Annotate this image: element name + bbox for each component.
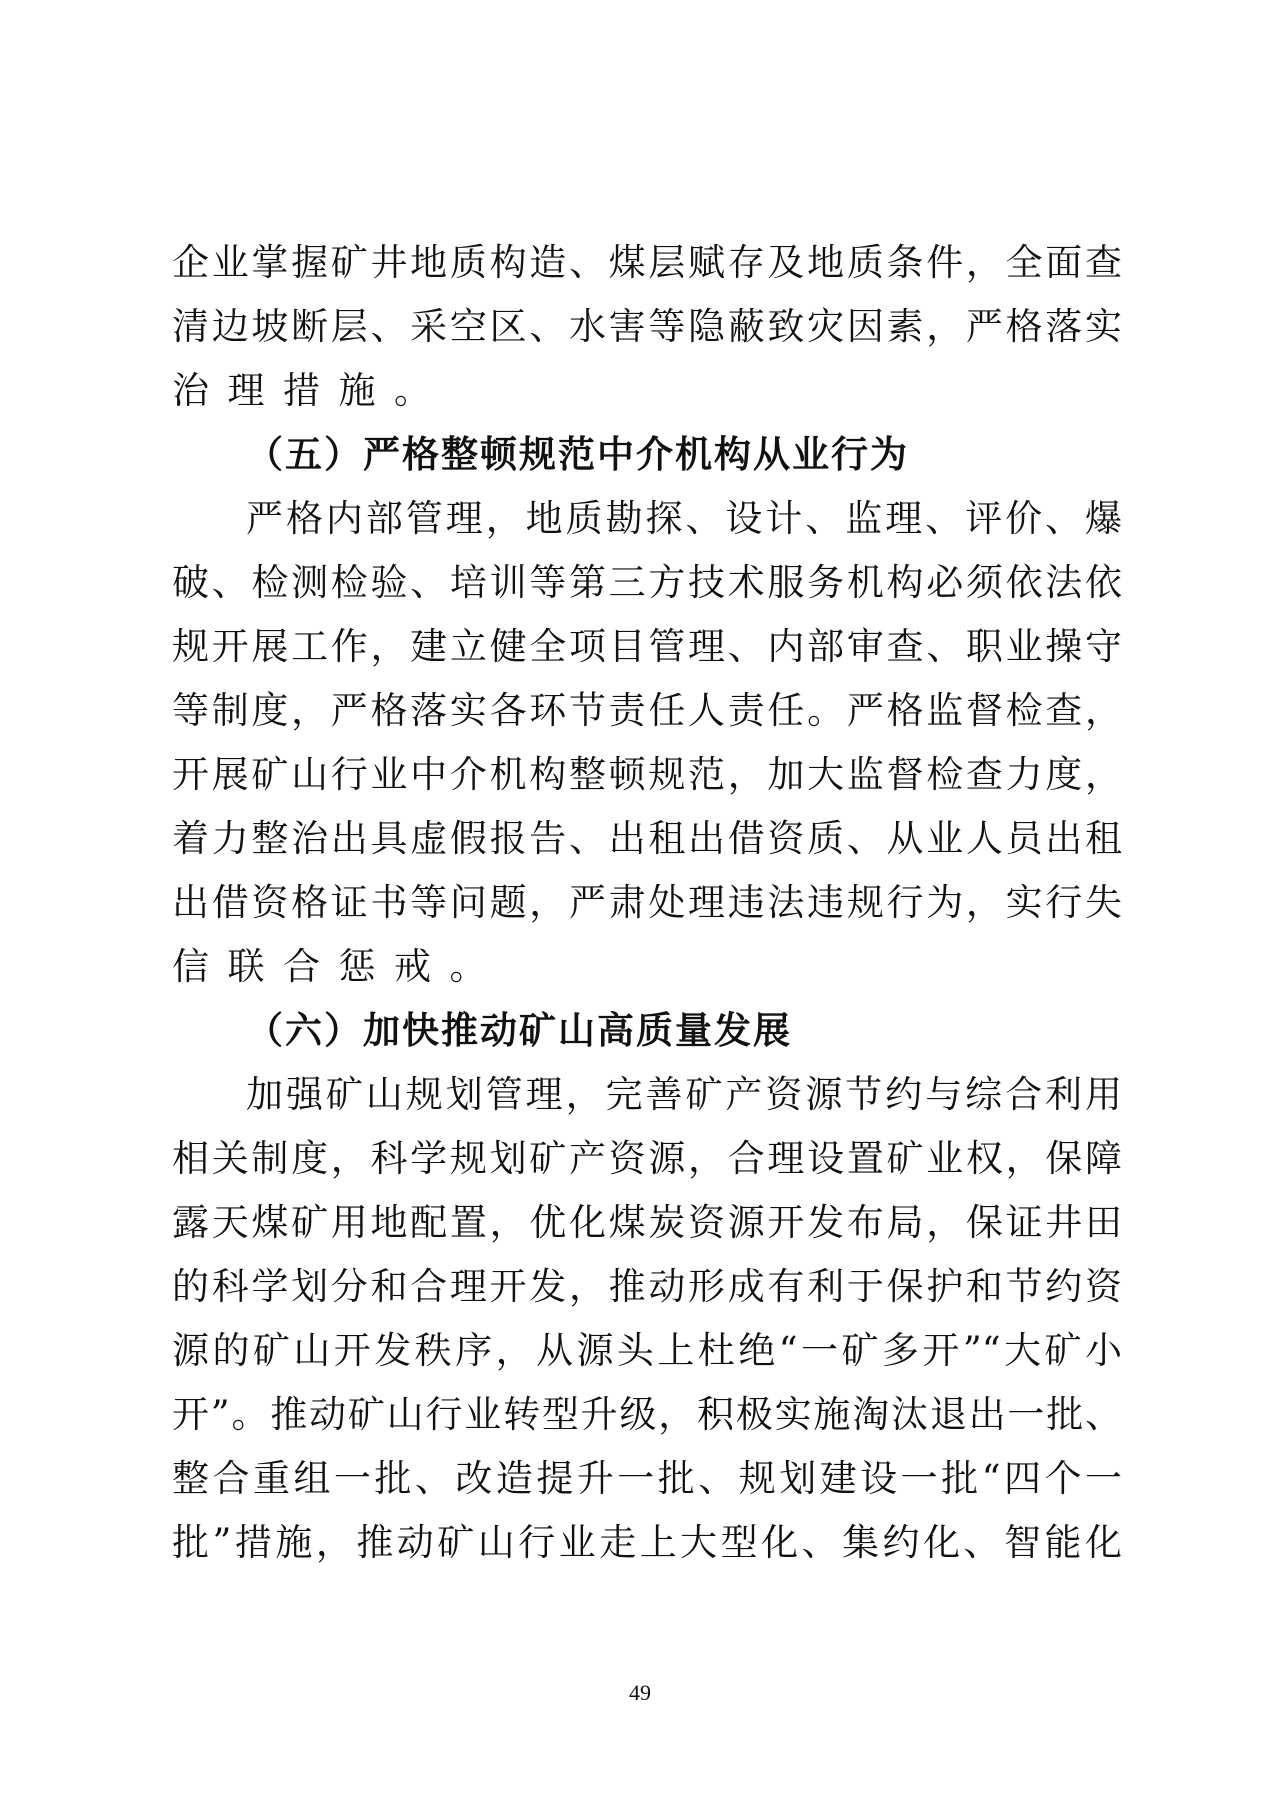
document-page: 企业掌握矿井地质构造、煤层赋存及地质条件，全面查 清边坡断层、采空区、水害等隐蔽… xyxy=(0,0,1280,1809)
text-line: 相关制度，科学规划矿产资源，合理设置矿业权，保障 xyxy=(172,1127,1122,1191)
text-line: 清边坡断层、采空区、水害等隐蔽致灾因素，严格落实 xyxy=(172,295,1122,359)
text-line: 出借资格证书等问题，严肃处理违法违规行为，实行失 xyxy=(172,871,1122,935)
section-heading-6: （六）加快推动矿山高质量发展 xyxy=(172,999,1122,1063)
text-line: 着力整治出具虚假报告、出租出借资质、从业人员出租 xyxy=(172,807,1122,871)
paragraph-section-6: 加强矿山规划管理，完善矿产资源节约与综合利用 相关制度，科学规划矿产资源，合理设… xyxy=(172,1063,1122,1575)
text-line: 批”措施，推动矿山行业走上大型化、集约化、智能化 xyxy=(172,1511,1122,1575)
text-line: 信联合惩戒。 xyxy=(172,935,1122,999)
paragraph-continuation: 企业掌握矿井地质构造、煤层赋存及地质条件，全面查 清边坡断层、采空区、水害等隐蔽… xyxy=(172,231,1122,423)
text-line: 企业掌握矿井地质构造、煤层赋存及地质条件，全面查 xyxy=(172,231,1122,295)
text-line: 治理措施。 xyxy=(172,359,1122,423)
text-line: 的科学划分和合理开发，推动形成有利于保护和节约资 xyxy=(172,1255,1122,1319)
text-line: 规开展工作，建立健全项目管理、内部审查、职业操守 xyxy=(172,615,1122,679)
text-line: 源的矿山开发秩序，从源头上杜绝“一矿多开”“大矿小 xyxy=(172,1319,1122,1383)
text-line: 严格内部管理，地质勘探、设计、监理、评价、爆 xyxy=(172,487,1122,551)
text-line: 整合重组一批、改造提升一批、规划建设一批“四个一 xyxy=(172,1447,1122,1511)
text-line: 破、检测检验、培训等第三方技术服务机构必须依法依 xyxy=(172,551,1122,615)
section-heading-5: （五）严格整顿规范中介机构从业行为 xyxy=(172,423,1122,487)
page-number: 49 xyxy=(0,1680,1280,1706)
text-line: 开展矿山行业中介机构整顿规范，加大监督检查力度， xyxy=(172,743,1122,807)
body-text: 企业掌握矿井地质构造、煤层赋存及地质条件，全面查 清边坡断层、采空区、水害等隐蔽… xyxy=(172,231,1122,1575)
text-line: 加强矿山规划管理，完善矿产资源节约与综合利用 xyxy=(172,1063,1122,1127)
text-line: 等制度，严格落实各环节责任人责任。严格监督检查， xyxy=(172,679,1122,743)
text-line: 露天煤矿用地配置，优化煤炭资源开发布局，保证井田 xyxy=(172,1191,1122,1255)
text-line: 开”。推动矿山行业转型升级，积极实施淘汰退出一批、 xyxy=(172,1383,1122,1447)
paragraph-section-5: 严格内部管理，地质勘探、设计、监理、评价、爆 破、检测检验、培训等第三方技术服务… xyxy=(172,487,1122,999)
